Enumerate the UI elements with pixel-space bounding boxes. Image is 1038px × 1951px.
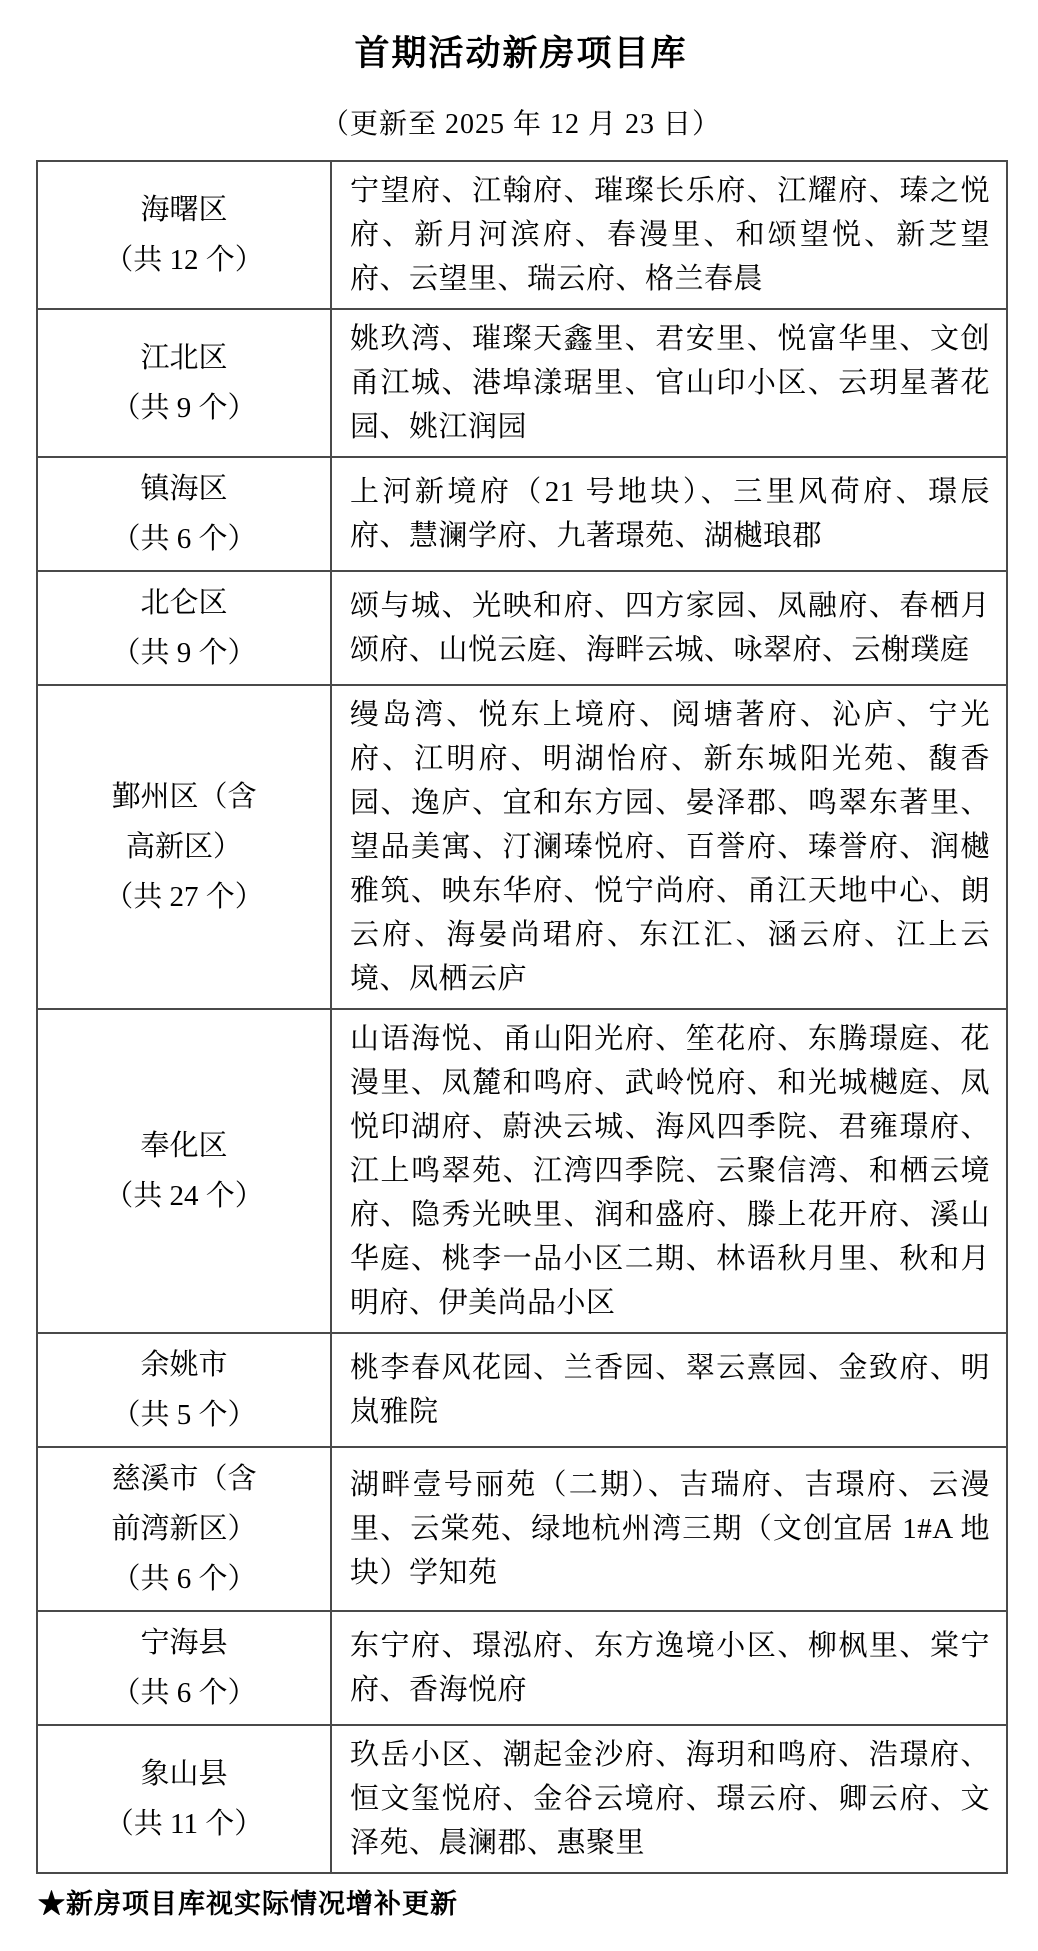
district-cell: 余姚市（共 5 个） bbox=[37, 1333, 331, 1447]
district-label-line: 镇海区 bbox=[46, 464, 322, 514]
projects-cell: 颂与城、光映和府、四方家园、凤融府、春栖月颂府、山悦云庭、海畔云城、咏翠府、云榭… bbox=[331, 571, 1007, 685]
district-cell: 象山县（共 11 个） bbox=[37, 1725, 331, 1873]
district-label-line: 宁海县 bbox=[46, 1618, 322, 1668]
district-label-line: （共 27 个） bbox=[46, 872, 322, 922]
project-table-body: 海曙区（共 12 个）宁望府、江翰府、璀璨长乐府、江耀府、瑧之悦府、新月河滨府、… bbox=[37, 161, 1007, 1873]
table-row: 鄞州区（含高新区）（共 27 个）缦岛湾、悦东上境府、阅塘著府、沁庐、宁光府、江… bbox=[37, 685, 1007, 1009]
district-cell: 海曙区（共 12 个） bbox=[37, 161, 331, 309]
table-row: 慈溪市（含前湾新区）（共 6 个）湖畔壹号丽苑（二期）、吉瑞府、吉璟府、云漫里、… bbox=[37, 1447, 1007, 1611]
district-label-line: 江北区 bbox=[46, 333, 322, 383]
page-subtitle: （更新至 2025 年 12 月 23 日） bbox=[34, 102, 1008, 142]
projects-cell: 湖畔壹号丽苑（二期）、吉瑞府、吉璟府、云漫里、云棠苑、绿地杭州湾三期（文创宜居 … bbox=[331, 1447, 1007, 1611]
projects-cell: 宁望府、江翰府、璀璨长乐府、江耀府、瑧之悦府、新月河滨府、春漫里、和颂望悦、新芝… bbox=[331, 161, 1007, 309]
district-label-line: 余姚市 bbox=[46, 1340, 322, 1390]
footnote: ★新房项目库视实际情况增补更新 bbox=[38, 1882, 1008, 1921]
district-label-line: （共 9 个） bbox=[46, 383, 322, 433]
projects-cell: 上河新境府（21 号地块）、三里风荷府、璟辰府、慧澜学府、九著璟苑、湖樾琅郡 bbox=[331, 457, 1007, 571]
projects-cell: 姚玖湾、璀璨天鑫里、君安里、悦富华里、文创甬江城、港埠漾琚里、官山印小区、云玥星… bbox=[331, 309, 1007, 457]
district-label-line: 慈溪市（含 bbox=[46, 1454, 322, 1504]
table-row: 北仑区（共 9 个）颂与城、光映和府、四方家园、凤融府、春栖月颂府、山悦云庭、海… bbox=[37, 571, 1007, 685]
projects-cell: 玖岳小区、潮起金沙府、海玥和鸣府、浩璟府、恒文玺悦府、金谷云境府、璟云府、卿云府… bbox=[331, 1725, 1007, 1873]
district-label-line: （共 9 个） bbox=[46, 628, 322, 678]
district-label-line: 鄞州区（含 bbox=[46, 772, 322, 822]
table-row: 奉化区（共 24 个）山语海悦、甬山阳光府、笙花府、东腾璟庭、花漫里、凤麓和鸣府… bbox=[37, 1009, 1007, 1333]
district-label-line: 象山县 bbox=[46, 1749, 322, 1799]
district-cell: 慈溪市（含前湾新区）（共 6 个） bbox=[37, 1447, 331, 1611]
district-cell: 宁海县（共 6 个） bbox=[37, 1611, 331, 1725]
project-table: 海曙区（共 12 个）宁望府、江翰府、璀璨长乐府、江耀府、瑧之悦府、新月河滨府、… bbox=[36, 160, 1008, 1874]
table-row: 余姚市（共 5 个）桃李春风花园、兰香园、翠云熹园、金致府、明岚雅院 bbox=[37, 1333, 1007, 1447]
document-page: 首期活动新房项目库 （更新至 2025 年 12 月 23 日） 海曙区（共 1… bbox=[0, 0, 1038, 1951]
table-row: 镇海区（共 6 个）上河新境府（21 号地块）、三里风荷府、璟辰府、慧澜学府、九… bbox=[37, 457, 1007, 571]
district-label-line: （共 6 个） bbox=[46, 1554, 322, 1604]
table-row: 宁海县（共 6 个）东宁府、璟泓府、东方逸境小区、柳枫里、棠宁府、香海悦府 bbox=[37, 1611, 1007, 1725]
district-label-line: 前湾新区） bbox=[46, 1504, 322, 1554]
table-row: 江北区（共 9 个）姚玖湾、璀璨天鑫里、君安里、悦富华里、文创甬江城、港埠漾琚里… bbox=[37, 309, 1007, 457]
district-label-line: （共 6 个） bbox=[46, 1668, 322, 1718]
district-cell: 北仑区（共 9 个） bbox=[37, 571, 331, 685]
district-label-line: （共 5 个） bbox=[46, 1390, 322, 1440]
district-label-line: 奉化区 bbox=[46, 1121, 322, 1171]
table-row: 象山县（共 11 个）玖岳小区、潮起金沙府、海玥和鸣府、浩璟府、恒文玺悦府、金谷… bbox=[37, 1725, 1007, 1873]
district-cell: 江北区（共 9 个） bbox=[37, 309, 331, 457]
table-row: 海曙区（共 12 个）宁望府、江翰府、璀璨长乐府、江耀府、瑧之悦府、新月河滨府、… bbox=[37, 161, 1007, 309]
district-label-line: （共 11 个） bbox=[46, 1799, 322, 1849]
projects-cell: 桃李春风花园、兰香园、翠云熹园、金致府、明岚雅院 bbox=[331, 1333, 1007, 1447]
district-cell: 奉化区（共 24 个） bbox=[37, 1009, 331, 1333]
projects-cell: 山语海悦、甬山阳光府、笙花府、东腾璟庭、花漫里、凤麓和鸣府、武岭悦府、和光城樾庭… bbox=[331, 1009, 1007, 1333]
district-cell: 镇海区（共 6 个） bbox=[37, 457, 331, 571]
district-label-line: （共 6 个） bbox=[46, 514, 322, 564]
projects-cell: 东宁府、璟泓府、东方逸境小区、柳枫里、棠宁府、香海悦府 bbox=[331, 1611, 1007, 1725]
district-label-line: 北仑区 bbox=[46, 578, 322, 628]
district-label-line: 海曙区 bbox=[46, 185, 322, 235]
district-label-line: （共 12 个） bbox=[46, 235, 322, 285]
district-label-line: （共 24 个） bbox=[46, 1171, 322, 1221]
page-title: 首期活动新房项目库 bbox=[34, 26, 1008, 76]
district-label-line: 高新区） bbox=[46, 822, 322, 872]
district-cell: 鄞州区（含高新区）（共 27 个） bbox=[37, 685, 331, 1009]
projects-cell: 缦岛湾、悦东上境府、阅塘著府、沁庐、宁光府、江明府、明湖怡府、新东城阳光苑、馥香… bbox=[331, 685, 1007, 1009]
